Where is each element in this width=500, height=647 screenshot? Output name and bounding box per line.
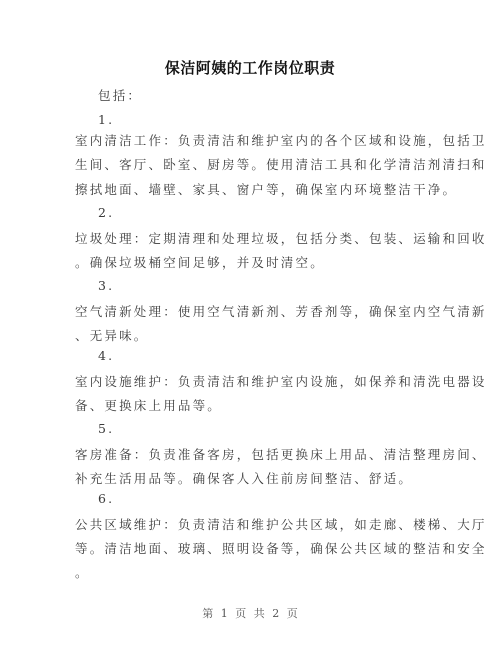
item-line: 补充生活用品等。确保客人入住前房间整洁、舒适。 xyxy=(75,469,420,487)
item-line: 客房准备：负责准备客房，包括更换床上用品、清洁整理房间、 xyxy=(75,445,420,463)
item-number: 4. xyxy=(98,348,443,363)
item-line: 空气清新处理：使用空气清新剂、芳香剂等，确保室内空气清新 xyxy=(75,302,420,320)
item-line: 室内设施维护：负责清洁和维护室内设施，如保养和清洗电器设 xyxy=(75,372,420,390)
item-number: 6. xyxy=(98,491,443,506)
item-number: 2. xyxy=(98,205,443,220)
item-line: 、无异味。 xyxy=(75,326,420,344)
item-line: 备、更换床上用品等。 xyxy=(75,396,420,414)
item-number: 5. xyxy=(98,421,443,436)
intro-text: 包括： xyxy=(98,86,443,104)
document-title: 保洁阿姨的工作岗位职责 xyxy=(0,57,500,78)
item-line: 。确保垃圾桶空间足够，并及时清空。 xyxy=(75,253,420,271)
item-line: 室内清洁工作：负责清洁和维护室内的各个区域和设施，包括卫 xyxy=(75,131,420,149)
item-line: 垃圾处理：定期清理和处理垃圾，包括分类、包装、运输和回收 xyxy=(75,229,420,247)
item-line: 。 xyxy=(75,563,420,581)
item-line: 擦拭地面、墙壁、家具、窗户等，确保室内环境整洁干净。 xyxy=(75,180,420,198)
item-number: 1. xyxy=(98,112,443,127)
page-footer: 第 1 页 共 2 页 xyxy=(0,605,500,621)
item-line: 公共区域维护：负责清洁和维护公共区域，如走廊、楼梯、大厅 xyxy=(75,515,420,533)
item-line: 等。清洁地面、玻璃、照明设备等，确保公共区域的整洁和安全 xyxy=(75,539,420,557)
item-number: 3. xyxy=(98,278,443,293)
item-line: 生间、客厅、卧室、厨房等。使用清洁工具和化学清洁剂清扫和 xyxy=(75,155,420,173)
